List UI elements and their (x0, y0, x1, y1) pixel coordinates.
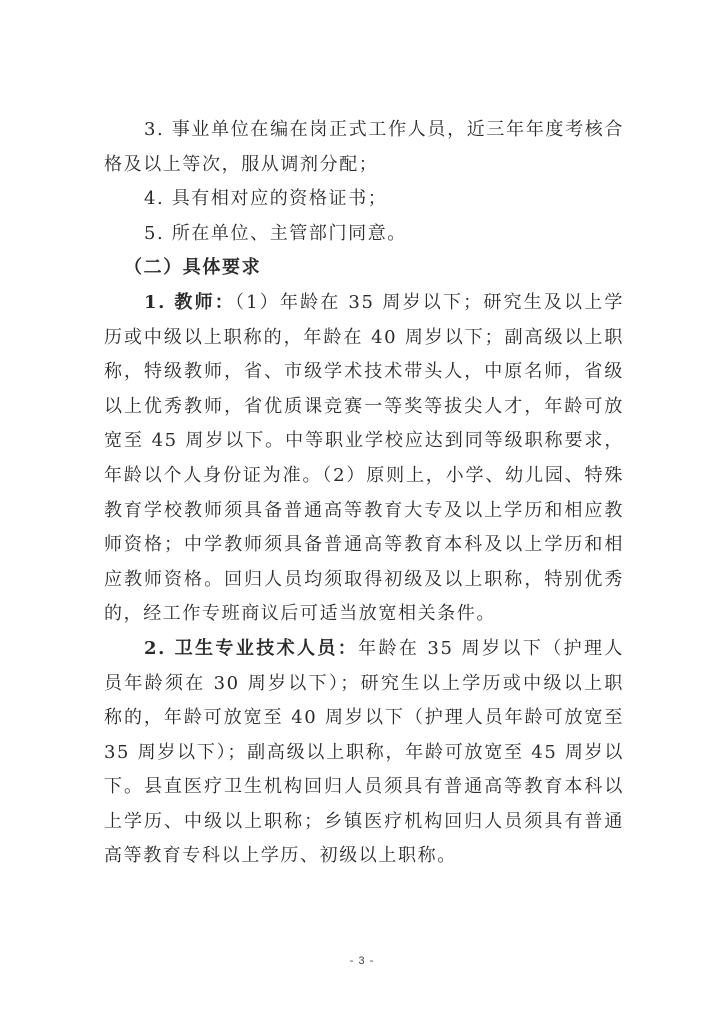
paragraph-condition-4: 4. 具有相对应的资格证书； (104, 182, 624, 217)
item-text-teacher: （1）年龄在 35 周岁以下；研究生及以上学历或中级以上职称的，年龄在 40 周… (104, 292, 624, 624)
item-lead-teacher: 1. 教师： (144, 292, 235, 313)
paragraph-condition-5: 5. 所在单位、主管部门同意。 (104, 217, 624, 252)
item-lead-health: 2. 卫生专业技术人员： (144, 638, 358, 659)
paragraph-health-requirements: 2. 卫生专业技术人员：年龄在 35 周岁以下（护理人员年龄须在 30 周岁以下… (104, 632, 624, 874)
page-number: - 3 - (0, 955, 724, 967)
item-text-health: 年龄在 35 周岁以下（护理人员年龄须在 30 周岁以下）；研究生以上学历或中级… (104, 638, 624, 867)
paragraph-condition-3: 3. 事业单位在编在岗正式工作人员，近三年年度考核合格及以上等次，服从调剂分配； (104, 113, 624, 182)
section-heading: （二）具体要求 (104, 251, 624, 286)
document-body: 3. 事业单位在编在岗正式工作人员，近三年年度考核合格及以上等次，服从调剂分配；… (104, 113, 624, 874)
document-page: 3. 事业单位在编在岗正式工作人员，近三年年度考核合格及以上等次，服从调剂分配；… (0, 0, 724, 1024)
paragraph-teacher-requirements: 1. 教师：（1）年龄在 35 周岁以下；研究生及以上学历或中级以上职称的，年龄… (104, 286, 624, 632)
